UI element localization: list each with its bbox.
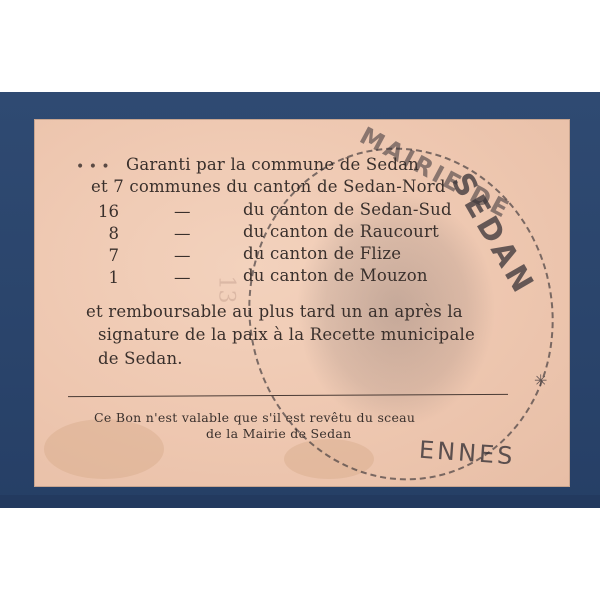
canton-name: du canton de Mouzon bbox=[243, 268, 428, 285]
canton-dash: — bbox=[174, 268, 191, 287]
banknote-reverse: 13 MAIRIE DE SEDAN ENNES ✳ • • • Garanti… bbox=[34, 119, 570, 487]
canton-count: 16 bbox=[91, 202, 119, 221]
canton-dash: — bbox=[174, 246, 191, 265]
lead-marks: • • • bbox=[76, 159, 110, 175]
backdrop-edge bbox=[0, 495, 600, 508]
canton-name: du canton de Flize bbox=[243, 246, 401, 263]
line-signature: signature de la paix à la Recette munici… bbox=[98, 327, 475, 344]
canton-count: 7 bbox=[91, 246, 119, 265]
line-garanti: Garanti par la commune de Sedan bbox=[126, 157, 419, 174]
canton-count: 1 bbox=[91, 268, 119, 287]
line-remboursable: et remboursable au plus tard un an après… bbox=[86, 304, 463, 321]
canton-dash: — bbox=[174, 202, 191, 221]
line-de-sedan: de Sedan. bbox=[98, 351, 183, 368]
footer-mairie: de la Mairie de Sedan bbox=[206, 426, 352, 441]
canton-name: du canton de Sedan-Sud bbox=[243, 202, 452, 219]
footer-validity: Ce Bon n'est valable que s'il est revêtu… bbox=[94, 410, 415, 425]
ghost-numeral: 13 bbox=[214, 276, 239, 304]
canton-dash: — bbox=[174, 224, 191, 243]
paper-stain bbox=[44, 419, 164, 479]
canton-count: 8 bbox=[91, 224, 119, 243]
stamp-star-icon: ✳ bbox=[534, 371, 547, 390]
canton-name: du canton de Raucourt bbox=[243, 224, 439, 241]
line-sedan-nord: et 7 communes du canton de Sedan-Nord bbox=[91, 179, 446, 196]
